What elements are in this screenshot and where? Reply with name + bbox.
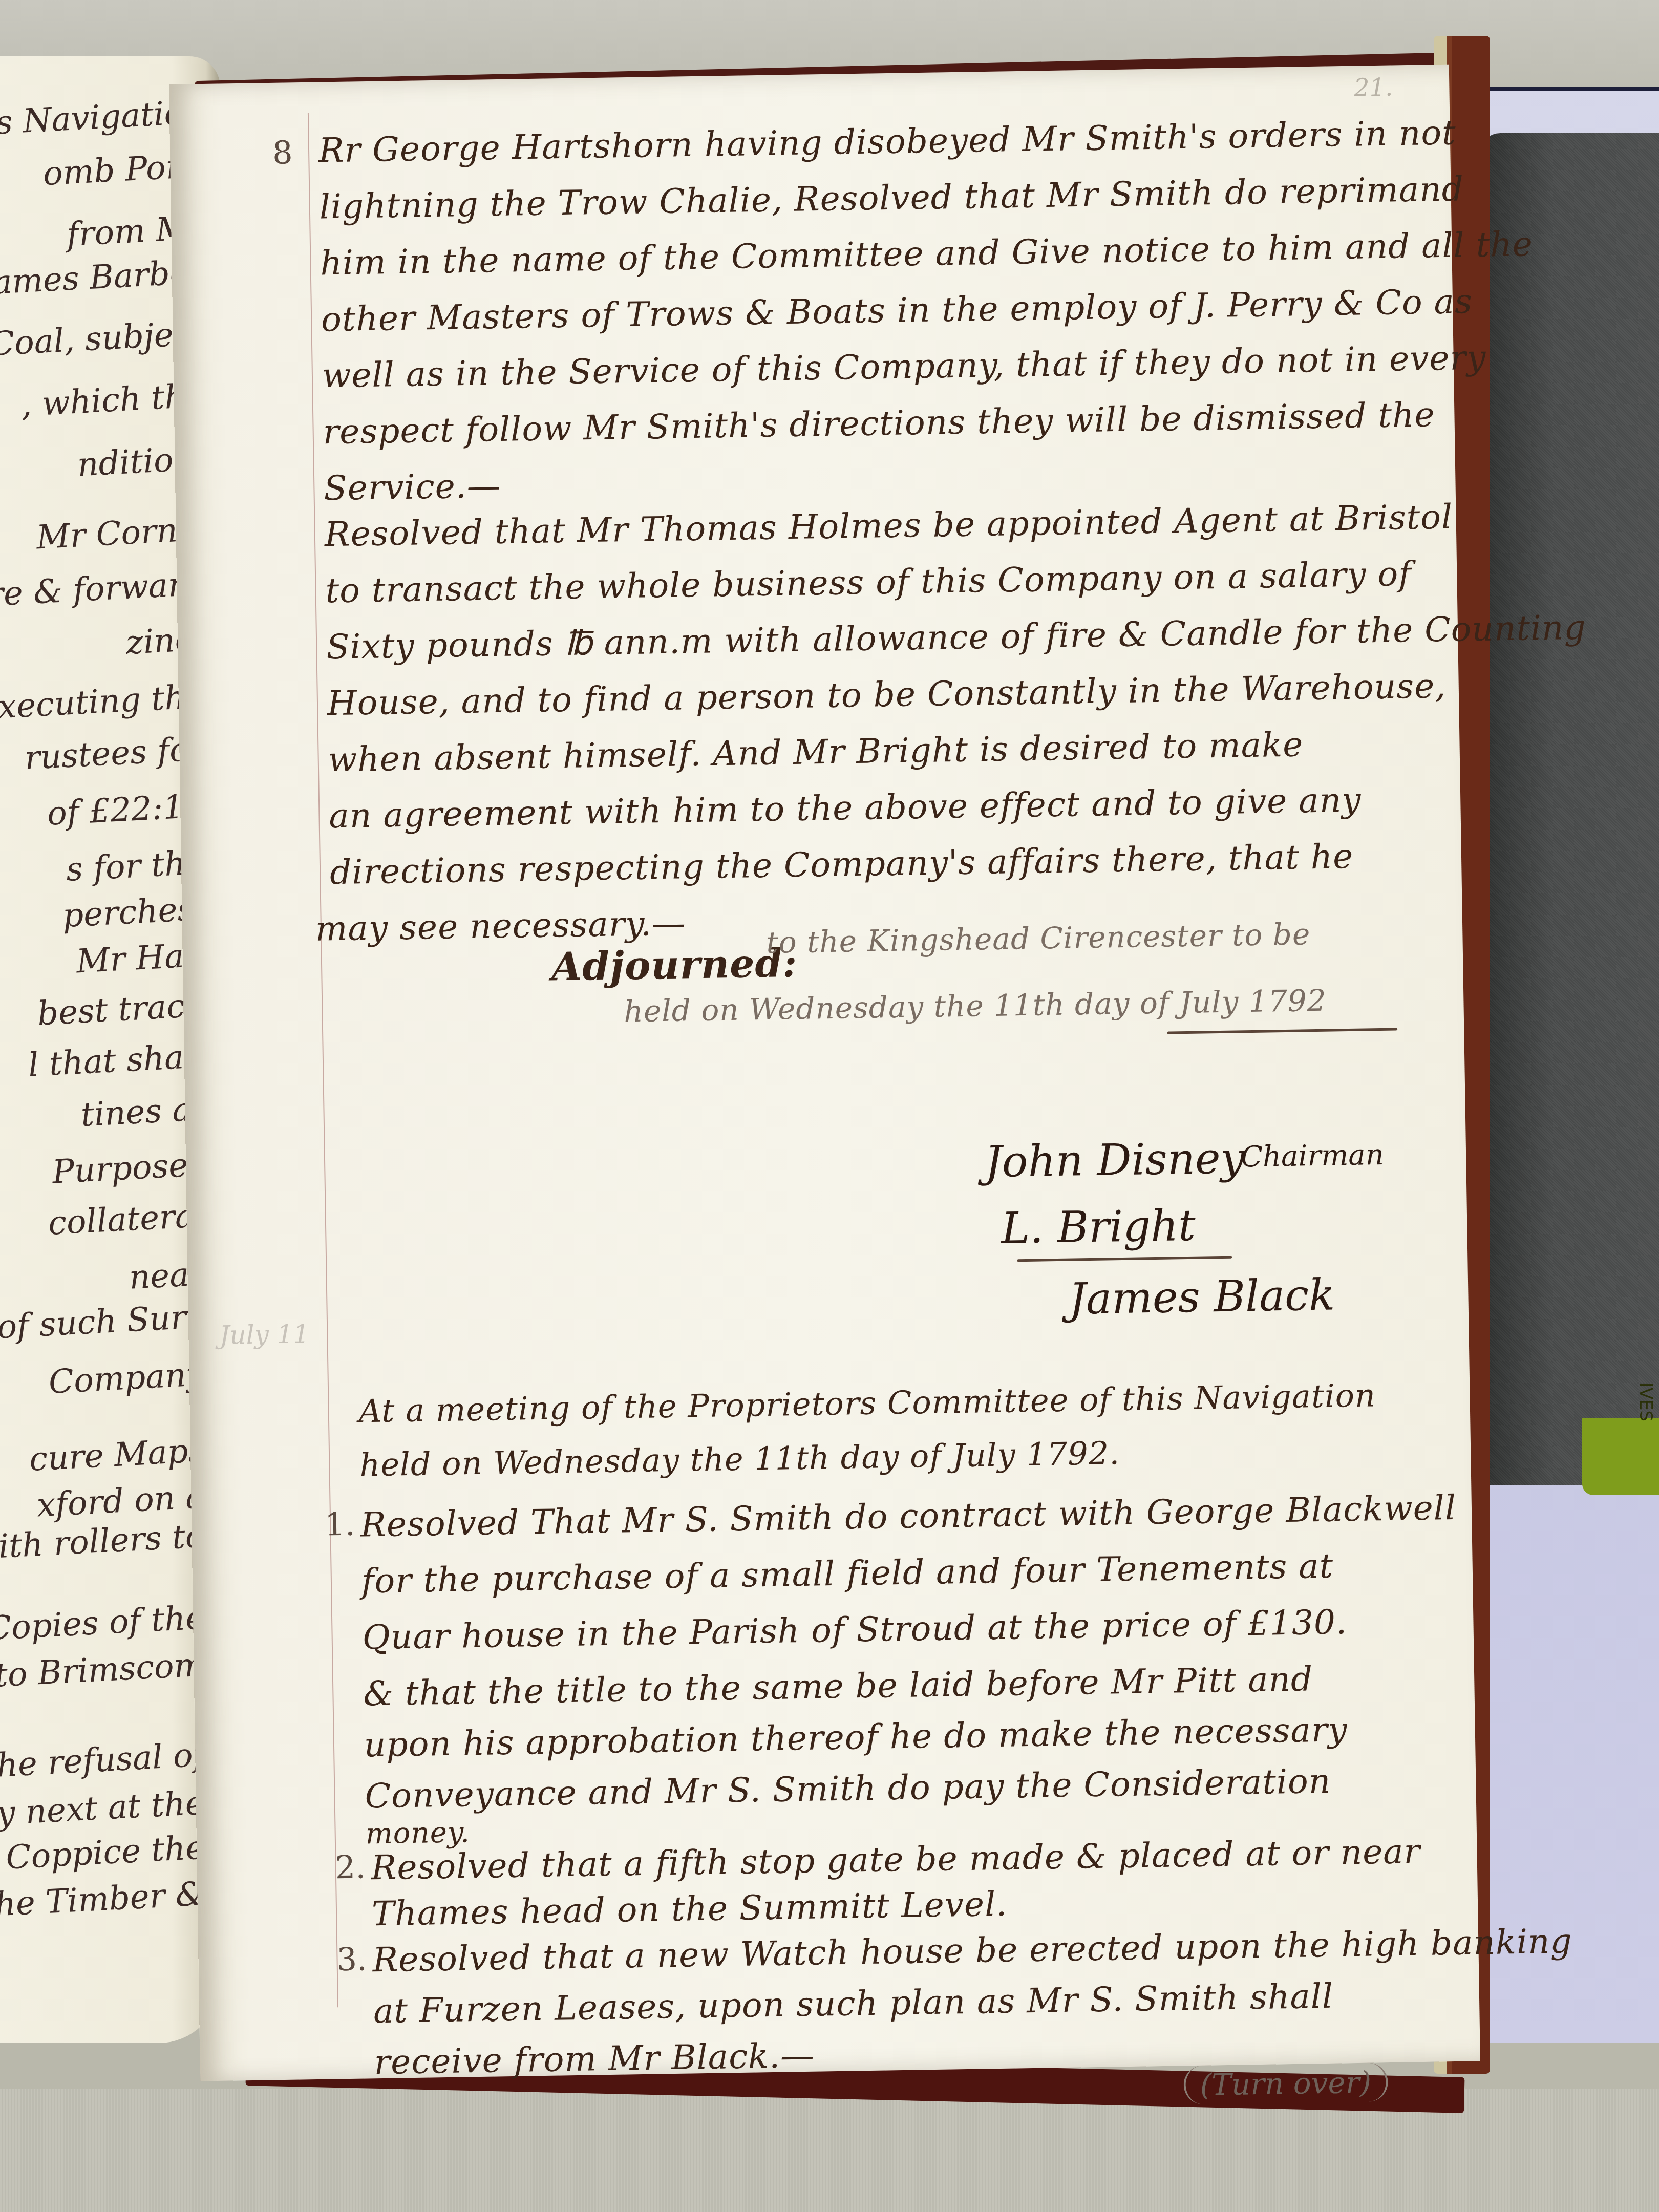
- item-number: 2.: [335, 1848, 366, 1886]
- turn-over-note: (Turn over): [1183, 2062, 1388, 2104]
- item-number: 3.: [336, 1940, 367, 1978]
- resolution-line: money.: [365, 1816, 470, 1851]
- entry-line: when absent himself. And Mr Bright is de…: [328, 725, 1304, 779]
- green-label: IVES: [1582, 1418, 1659, 1495]
- resolution-line: upon his approbation thereof he do make …: [364, 1710, 1348, 1764]
- page-number: 21.: [1354, 73, 1393, 102]
- resolution-line: Resolved that a fifth stop gate be made …: [371, 1832, 1420, 1887]
- entry-line: Service.—: [324, 466, 501, 508]
- resolution-line: Thames head on the Summitt Level.: [372, 1884, 1008, 1933]
- left-page-line: o Copies of the: [0, 1601, 205, 1647]
- left-page-line: best track: [37, 989, 206, 1030]
- margin-rule: [308, 113, 338, 2008]
- left-page-line: y next at the: [0, 1786, 205, 1830]
- left-page-line: Company: [48, 1358, 206, 1399]
- left-page-line: o the Timber &: [0, 1878, 205, 1924]
- entry-line: Resolved that Mr Thomas Holmes be appoin…: [324, 497, 1453, 555]
- entry-line: directions respecting the Company's affa…: [330, 837, 1354, 892]
- left-page-line: executing the: [0, 680, 205, 725]
- adjourned-line-2: held on Wednesday the 11th day of July 1…: [624, 983, 1327, 1029]
- meeting-header-line-1: At a meeting of the Proprietors Committe…: [358, 1376, 1376, 1430]
- left-page-line: to Brimscom: [0, 1648, 205, 1692]
- entry-line: other Masters of Trows & Boats in the em…: [321, 282, 1473, 339]
- adjourned-line-1: to the Kingshead Cirencester to be: [766, 917, 1311, 960]
- entry-line: well as in the Service of this Company, …: [322, 338, 1486, 396]
- signature-black: James Black: [1069, 1270, 1335, 1324]
- left-page-line: s & Coppice the: [0, 1831, 205, 1878]
- left-page-line: with rollers to: [0, 1520, 205, 1565]
- left-page-line: rustees for: [24, 733, 205, 775]
- resolution-line: Quar house in the Parish of Stroud at th…: [362, 1602, 1347, 1657]
- signature-chairman: John Disney: [984, 1133, 1245, 1187]
- entry-line: may see necessary.—: [315, 903, 686, 948]
- entry-line: House, and to find a person to be Consta…: [327, 666, 1446, 723]
- resolution-line: for the purchase of a small field and fo…: [361, 1546, 1333, 1601]
- meeting-header-line-2: held on Wednesday the 11th day of July 1…: [359, 1434, 1120, 1483]
- signature-bright: L. Bright: [1001, 1200, 1196, 1253]
- left-page-line: l that shall: [27, 1040, 205, 1082]
- entry-line: Rr George Hartshorn having disobeyed Mr …: [318, 113, 1456, 171]
- left-page-line: Purposes: [52, 1148, 206, 1189]
- resolution-line: & that the title to the same be laid bef…: [363, 1659, 1313, 1713]
- resolution-line: Conveyance and Mr S. Smith do pay the Co…: [365, 1761, 1331, 1816]
- entry-line: to transact the whole business of this C…: [325, 554, 1412, 610]
- resolution-line: at Furzen Leases, upon such plan as Mr S…: [373, 1976, 1334, 2031]
- left-page-line: ton the refusal of: [0, 1738, 205, 1786]
- foam-book-support: [1480, 133, 1659, 1485]
- left-page-line: are & forward: [0, 567, 205, 612]
- margin-note-date: July 11: [219, 1319, 310, 1350]
- label-text: IVES: [1635, 1382, 1656, 1421]
- left-page-line: of such Surv: [0, 1300, 205, 1344]
- adjourned-label: Adjourned:: [551, 940, 798, 990]
- entry-line: respect follow Mr Smith's directions the…: [323, 395, 1435, 452]
- signature-flourish: [1017, 1256, 1232, 1262]
- left-page-line: collateral: [47, 1199, 205, 1240]
- chairman-title: Chairman: [1241, 1138, 1385, 1174]
- resolution-line: Resolved That Mr S. Smith do contract wi…: [360, 1488, 1457, 1545]
- item-number: 1.: [325, 1505, 355, 1543]
- entry-line: him in the name of the Committee and Giv…: [320, 224, 1533, 283]
- left-page-line: xford on a: [36, 1480, 205, 1522]
- entry-line: Sixty pounds ℔ ann.m with allowance of f…: [326, 608, 1587, 667]
- resolution-line: receive from Mr Black.—: [374, 2036, 815, 2082]
- entry-line: an agreement with him to the above effec…: [329, 780, 1362, 836]
- flourish-line: [1167, 1028, 1397, 1034]
- entry-line: lightning the Trow Chalie, Resolved that…: [319, 169, 1464, 226]
- item-number: 8: [272, 134, 293, 172]
- right-page: 21. 8 Rr George Hartshorn having disobey…: [169, 65, 1480, 2081]
- left-page-line: cure Maps: [28, 1434, 205, 1476]
